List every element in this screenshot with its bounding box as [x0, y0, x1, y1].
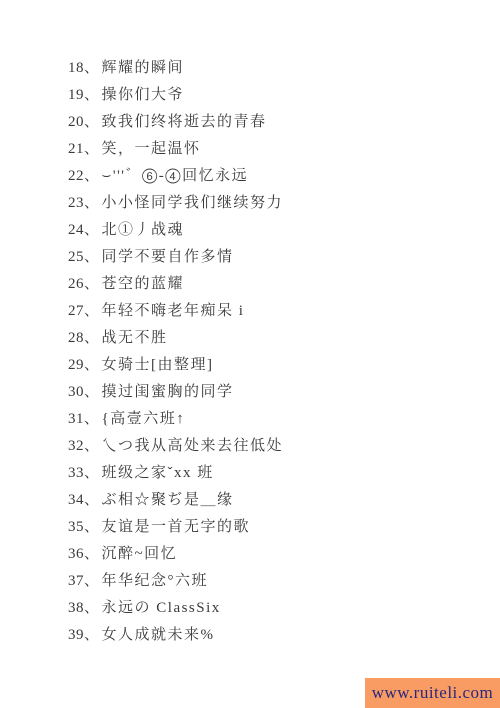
item-number: 30、 — [68, 384, 100, 400]
item-number: 28、 — [68, 330, 100, 346]
item-number: 37、 — [68, 573, 100, 589]
item-text: 摸过闺蜜胸的同学 — [102, 384, 234, 400]
item-number: 31、 — [68, 411, 100, 427]
list-item: 33、班级之家ˇxx 班 — [68, 460, 480, 487]
item-number: 25、 — [68, 249, 100, 265]
list-item: 24、北①丿战魂 — [68, 217, 480, 244]
name-list: 18、辉耀的瞬间19、操你们大爷20、致我们终将逝去的青春21、笑，一起温怀22… — [68, 55, 480, 649]
item-number: 39、 — [68, 627, 100, 643]
watermark-url-text: www.ruiteli.com — [372, 683, 494, 703]
item-text: 笑，一起温怀 — [102, 141, 201, 157]
item-text: 乀つ我从高处来去往低处 — [102, 438, 284, 454]
item-text: 操你们大爷 — [102, 87, 185, 103]
item-number: 29、 — [68, 357, 100, 373]
list-item: 36、沉醉~回忆 — [68, 541, 480, 568]
item-number: 21、 — [68, 141, 100, 157]
item-number: 26、 — [68, 276, 100, 292]
list-item: 28、战无不胜 — [68, 325, 480, 352]
item-number: 36、 — [68, 546, 100, 562]
list-item: 30、摸过闺蜜胸的同学 — [68, 379, 480, 406]
list-item: 31、{高壹六班↑ — [68, 406, 480, 433]
list-item: 38、永远の ClassSix — [68, 595, 480, 622]
item-text: 小小怪同学我们继续努力 — [102, 195, 284, 211]
item-text: 永远の ClassSix — [102, 600, 221, 616]
list-item: 39、女人成就未来% — [68, 622, 480, 649]
document-page: 18、辉耀的瞬间19、操你们大爷20、致我们终将逝去的青春21、笑，一起温怀22… — [0, 0, 500, 708]
list-item: 34、ぶ相☆聚ぢ是＿缘 — [68, 487, 480, 514]
item-text: 班级之家ˇxx 班 — [102, 465, 214, 481]
list-item: 20、致我们终将逝去的青春 — [68, 109, 480, 136]
item-number: 32、 — [68, 438, 100, 454]
item-text: 北①丿战魂 — [102, 222, 185, 238]
watermark-bar: www.ruiteli.com — [365, 678, 500, 708]
item-number: 23、 — [68, 195, 100, 211]
list-item: 26、苍空的蓝耀 — [68, 271, 480, 298]
item-number: 33、 — [68, 465, 100, 481]
list-item: 19、操你们大爷 — [68, 82, 480, 109]
item-text: 女人成就未来% — [102, 627, 215, 643]
item-number: 24、 — [68, 222, 100, 238]
list-item: 22、⌣'''゛⑥-④回忆永远 — [68, 163, 480, 190]
list-item: 23、小小怪同学我们继续努力 — [68, 190, 480, 217]
item-number: 27、 — [68, 303, 100, 319]
item-text: 友谊是一首无字的歌 — [102, 519, 251, 535]
list-item: 27、年轻不嗨老年痴呆 i — [68, 298, 480, 325]
item-text: 致我们终将逝去的青春 — [102, 114, 267, 130]
list-item: 25、同学不要自作多情 — [68, 244, 480, 271]
list-item: 37、年华纪念°六班 — [68, 568, 480, 595]
item-text: ⌣'''゛⑥-④回忆永远 — [102, 168, 249, 184]
item-text: 年华纪念°六班 — [102, 573, 209, 589]
item-text: 沉醉~回忆 — [102, 546, 178, 562]
item-text: 苍空的蓝耀 — [102, 276, 185, 292]
item-text: 同学不要自作多情 — [102, 249, 234, 265]
list-item: 32、乀つ我从高处来去往低处 — [68, 433, 480, 460]
item-text: 辉耀的瞬间 — [102, 60, 185, 76]
item-number: 38、 — [68, 600, 100, 616]
item-text: 年轻不嗨老年痴呆 i — [102, 303, 245, 319]
item-number: 22、 — [68, 168, 100, 184]
item-number: 19、 — [68, 87, 100, 103]
item-text: ぶ相☆聚ぢ是＿缘 — [102, 492, 234, 508]
item-number: 35、 — [68, 519, 100, 535]
list-item: 21、笑，一起温怀 — [68, 136, 480, 163]
item-number: 20、 — [68, 114, 100, 130]
list-item: 35、友谊是一首无字的歌 — [68, 514, 480, 541]
item-number: 34、 — [68, 492, 100, 508]
item-text: 战无不胜 — [102, 330, 168, 346]
list-item: 18、辉耀的瞬间 — [68, 55, 480, 82]
item-number: 18、 — [68, 60, 100, 76]
item-text: {高壹六班↑ — [102, 411, 186, 427]
item-text: 女骑士[由整理] — [102, 357, 214, 373]
list-item: 29、女骑士[由整理] — [68, 352, 480, 379]
